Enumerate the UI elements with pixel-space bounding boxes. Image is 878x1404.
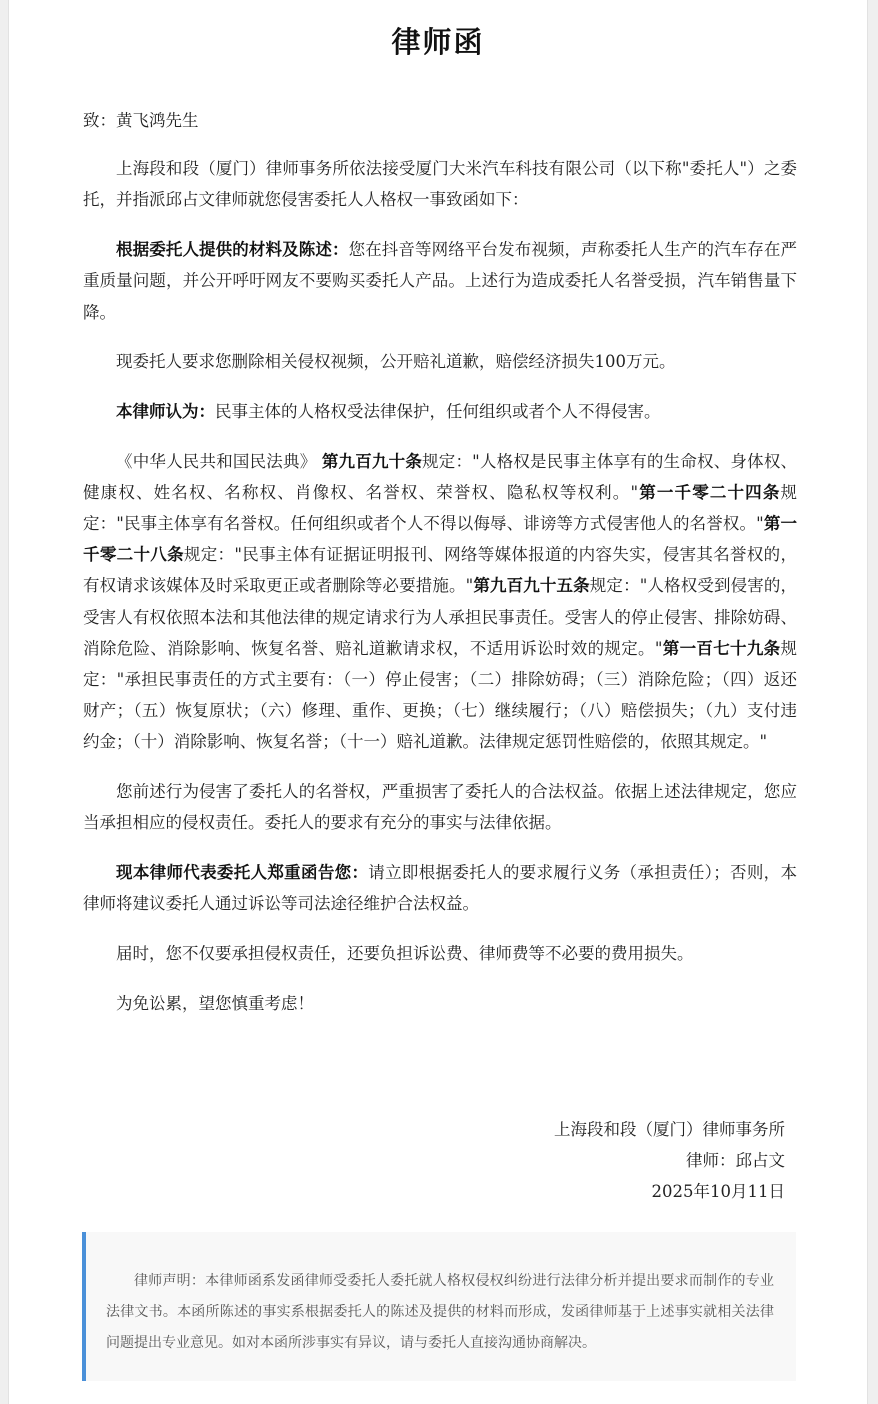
article-995: 第九百九十五条 [473, 576, 590, 595]
document-title: 律师函 [9, 20, 867, 61]
signature-block: 上海段和段（厦门）律师事务所 律师：邱占文 2025年10月11日 [554, 1114, 785, 1207]
letter-date: 2025年10月11日 [554, 1176, 785, 1207]
warning-label: 现本律师代表委托人郑重函告您： [116, 863, 368, 882]
law-firm-name: 上海段和段（厦门）律师事务所 [554, 1114, 785, 1145]
paragraph-opinion: 本律师认为：民事主体的人格权受法律保护，任何组织或者个人不得侵害。 [83, 396, 797, 427]
paragraph-intro: 上海段和段（厦门）律师事务所依法接受厦门大米汽车科技有限公司（以下称"委托人"）… [83, 153, 797, 215]
article-1024: 第一千零二十四条 [638, 483, 780, 502]
salutation: 致：黄飞鸿先生 [83, 105, 797, 136]
paragraph-closing: 为免讼累，望您慎重考虑！ [83, 988, 797, 1019]
paragraph-facts: 根据委托人提供的材料及陈述：您在抖音等网络平台发布视频，声称委托人生产的汽车存在… [83, 234, 797, 328]
facts-label: 根据委托人提供的材料及陈述： [116, 240, 349, 259]
paragraph-legal-basis: 《中华人民共和国民法典》 第九百九十条规定："人格权是民事主体享有的生命权、身体… [83, 446, 797, 758]
article-179: 第一百七十九条 [662, 639, 780, 658]
paragraph-warning: 现本律师代表委托人郑重函告您：请立即根据委托人的要求履行义务（承担责任）；否则，… [83, 857, 797, 919]
opinion-label: 本律师认为： [116, 402, 215, 421]
article-990: 第九百九十条 [322, 452, 422, 471]
letter-page: 律师函 致：黄飞鸿先生 上海段和段（厦门）律师事务所依法接受厦门大米汽车科技有限… [8, 0, 868, 1404]
paragraph-demand: 现委托人要求您删除相关侵权视频，公开赔礼道歉，赔偿经济损失100万元。 [83, 346, 797, 377]
paragraph-costs: 届时，您不仅要承担侵权责任，还要负担诉讼费、律师费等不必要的费用损失。 [83, 938, 797, 969]
paragraph-conclusion: 您前述行为侵害了委托人的名誉权，严重损害了委托人的合法权益。依据上述法律规定，您… [83, 776, 797, 838]
letter-body: 致：黄飞鸿先生 上海段和段（厦门）律师事务所依法接受厦门大米汽车科技有限公司（以… [83, 105, 797, 1037]
lawyer-name: 律师：邱占文 [554, 1145, 785, 1176]
lawyer-disclaimer: 律师声明：本律师函系发函律师受委托人委托就人格权侵权纠纷进行法律分析并提出要求而… [82, 1232, 796, 1381]
